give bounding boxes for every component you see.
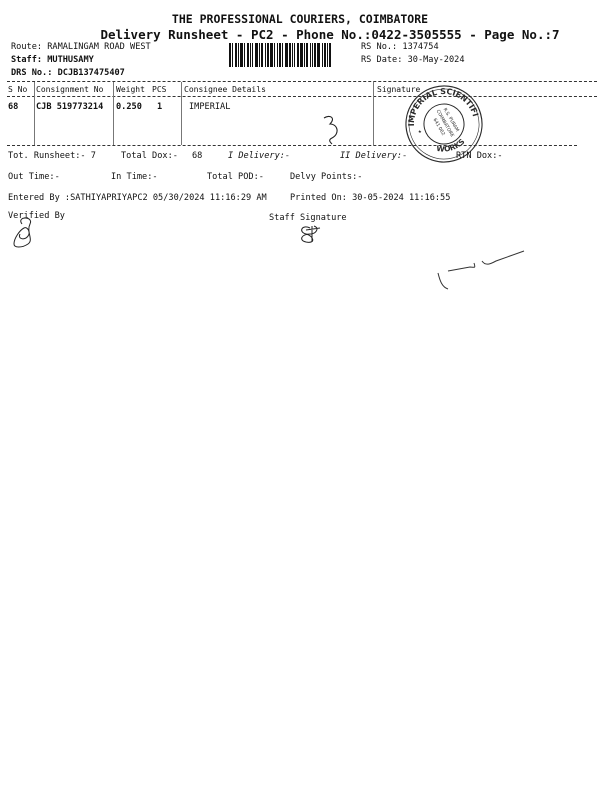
tot-runsheet: Tot. Runsheet:- 7 bbox=[8, 151, 96, 161]
rs-no-line: RS No.: 1374754 bbox=[361, 42, 439, 52]
rs-no-label: RS No.: bbox=[361, 42, 397, 52]
staff-value: MUTHUSAMY bbox=[47, 55, 94, 65]
runsheet-subtitle: Delivery Runsheet - PC2 - Phone No.:0422… bbox=[60, 27, 600, 42]
cell-consignment-no: CJB 519773214 bbox=[36, 102, 103, 112]
cell-consignee: IMPERIAL bbox=[189, 102, 230, 112]
drs-line: DRS No.: DCJB137475407 bbox=[11, 68, 125, 78]
cell-weight: 0.250 bbox=[116, 102, 142, 112]
rs-date-label: RS Date: bbox=[361, 55, 402, 65]
total-dox-label: Total Dox:- bbox=[121, 151, 178, 161]
i-delivery: I Delivery:- bbox=[228, 151, 290, 161]
route-value: RAMALINGAM ROAD WEST bbox=[47, 42, 150, 52]
total-pod: Total POD:- bbox=[207, 172, 264, 182]
col-header-pcs: PCS bbox=[152, 85, 166, 94]
out-time: Out Time:- bbox=[8, 172, 60, 182]
barcode bbox=[229, 43, 349, 67]
column-divider bbox=[373, 82, 374, 145]
rs-no-value: 1374754 bbox=[402, 42, 438, 52]
table-bottom-divider bbox=[7, 145, 577, 146]
svg-text:★: ★ bbox=[418, 128, 422, 135]
drs-value: DCJB137475407 bbox=[58, 68, 125, 78]
col-header-consignment: Consignment No bbox=[36, 85, 103, 94]
ii-delivery: II Delivery:- bbox=[340, 151, 407, 161]
route-line: Route: RAMALINGAM ROAD WEST bbox=[11, 42, 151, 52]
handwritten-mark-3 bbox=[320, 114, 344, 146]
staff-signature-label: Staff Signature bbox=[269, 213, 347, 223]
table-top-divider bbox=[7, 81, 597, 82]
verified-by-signature bbox=[8, 214, 38, 254]
col-header-sno: S No bbox=[8, 85, 27, 94]
drs-label: DRS No.: bbox=[11, 68, 52, 78]
rtn-dox: RTN Dox:- bbox=[456, 151, 503, 161]
route-label: Route: bbox=[11, 42, 42, 52]
entered-by: Entered By :SATHIYAPRIYAPC2 05/30/2024 1… bbox=[8, 193, 267, 203]
cell-pcs: 1 bbox=[157, 102, 162, 112]
total-dox-value: 68 bbox=[192, 151, 202, 161]
cell-sno: 68 bbox=[8, 102, 18, 112]
rs-date-line: RS Date: 30-May-2024 bbox=[361, 55, 465, 65]
company-title: THE PROFESSIONAL COURIERS, COIMBATORE bbox=[0, 12, 600, 26]
delvy-points: Delvy Points:- bbox=[290, 172, 362, 182]
column-divider bbox=[34, 82, 35, 145]
staff-label: Staff: bbox=[11, 55, 42, 65]
staff-line: Staff: MUTHUSAMY bbox=[11, 55, 94, 65]
in-time: In Time:- bbox=[111, 172, 158, 182]
col-header-weight: Weight bbox=[116, 85, 145, 94]
column-divider bbox=[181, 82, 182, 145]
col-header-consignee: Consignee Details bbox=[184, 85, 266, 94]
column-divider bbox=[113, 82, 114, 145]
rs-date-value: 30-May-2024 bbox=[408, 55, 465, 65]
table-header-divider bbox=[7, 96, 597, 97]
handwritten-scribble bbox=[436, 245, 528, 295]
staff-signature bbox=[296, 224, 326, 246]
printed-on: Printed On: 30-05-2024 11:16:55 bbox=[290, 193, 450, 203]
